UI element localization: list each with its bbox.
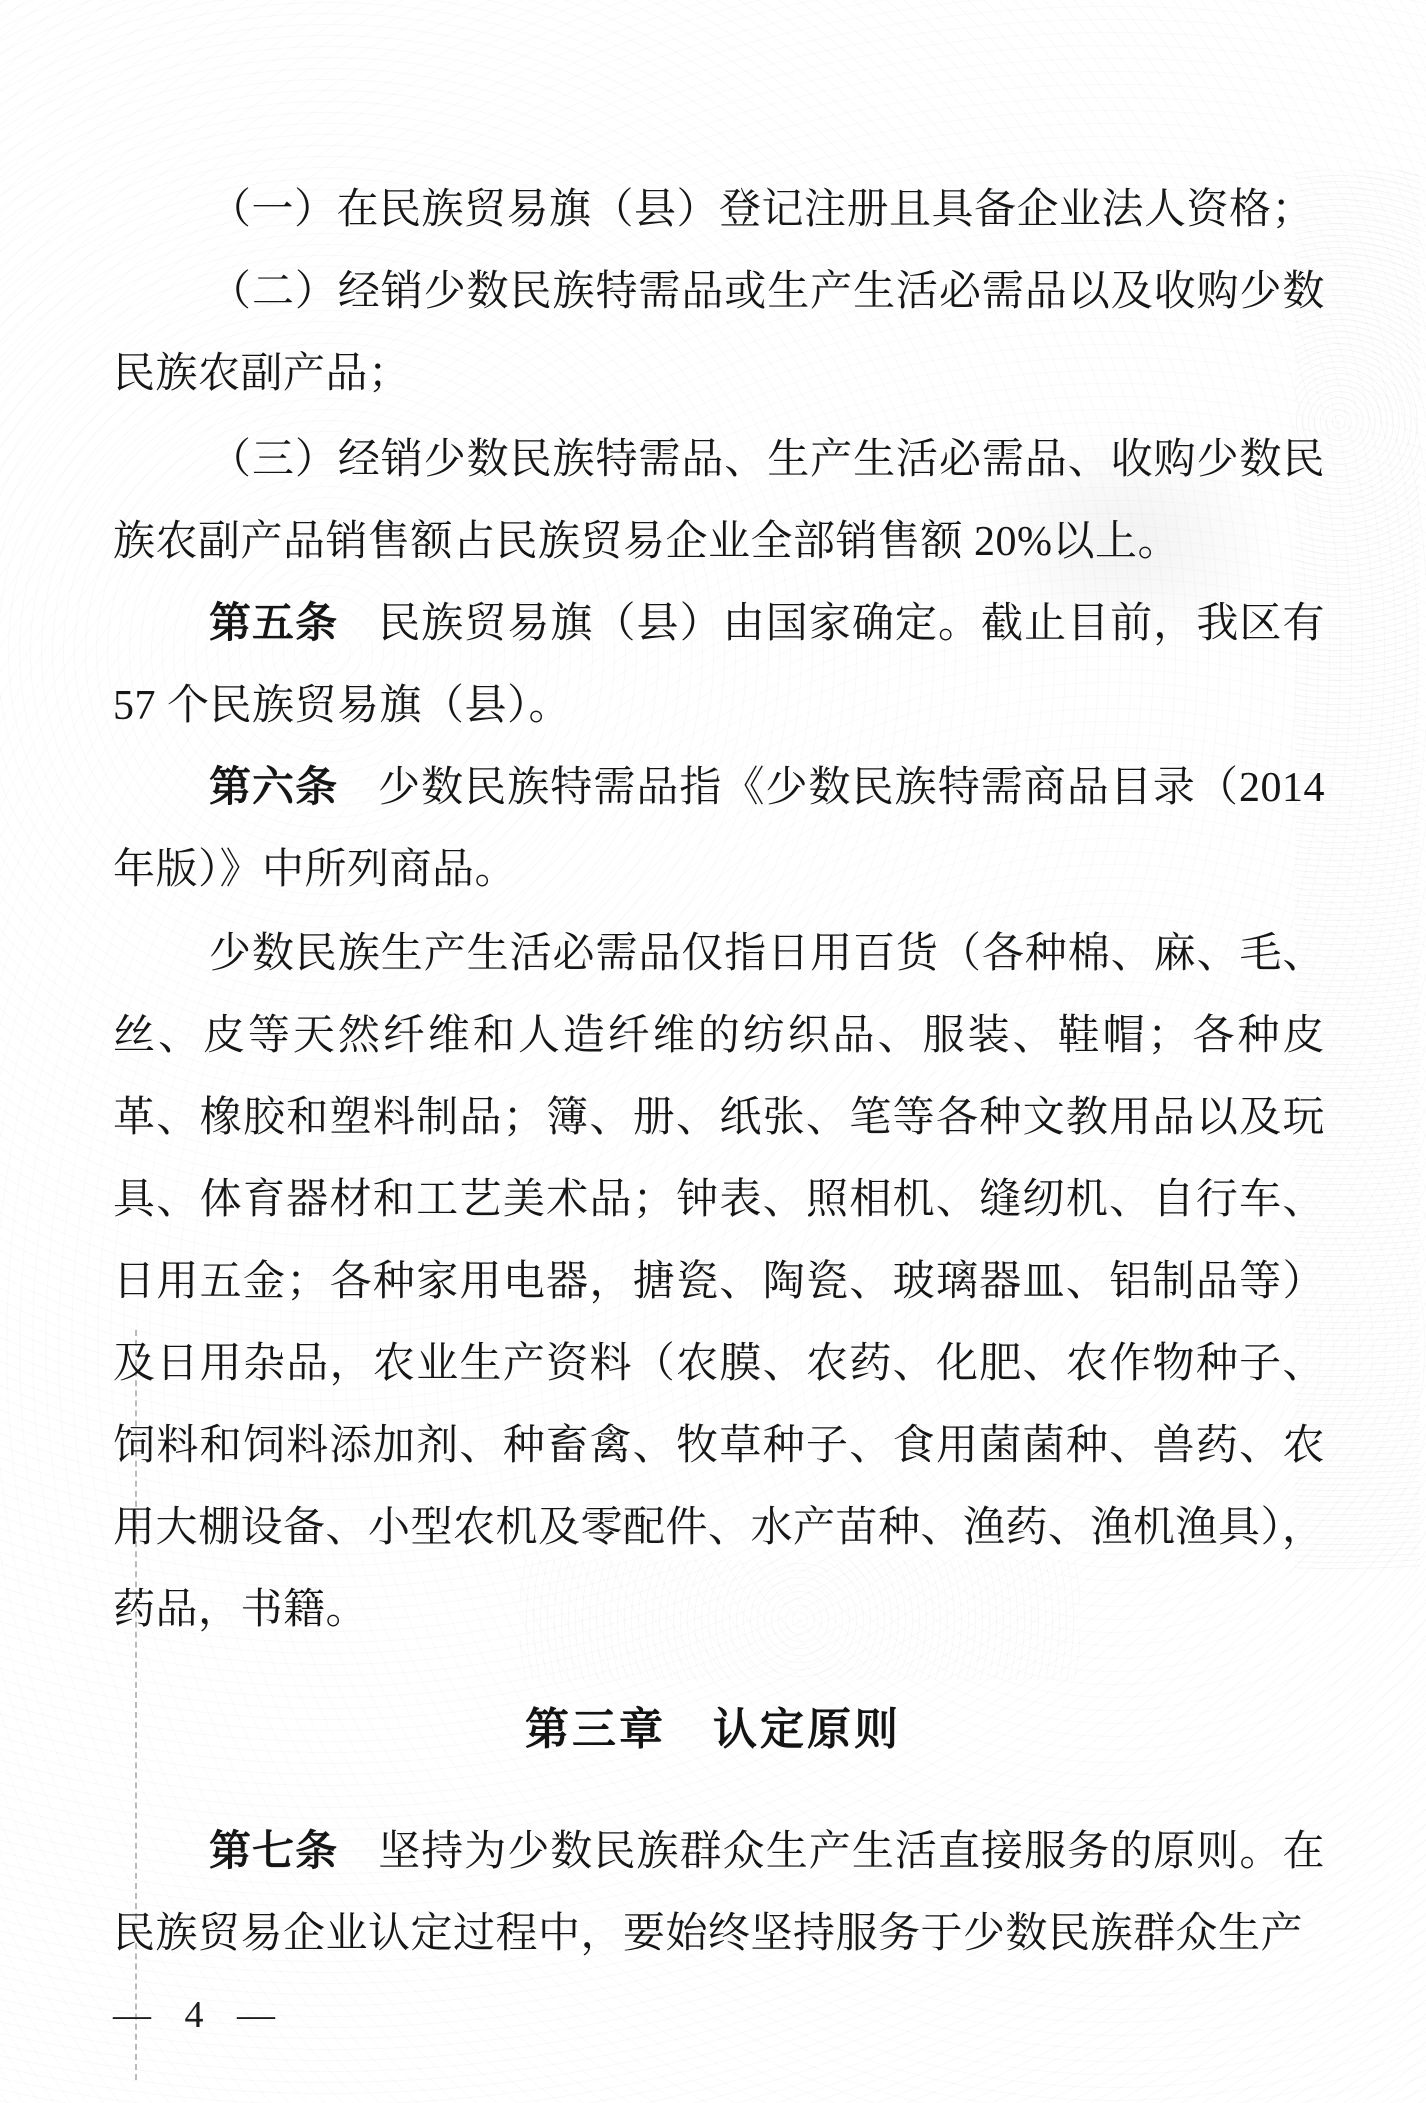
text-line: 及日用杂品，农业生产资料（农膜、农药、化肥、农作物种子、 bbox=[113, 1334, 1325, 1394]
text-line: （一）在民族贸易旗（县）登记注册且具备企业法人资格； bbox=[113, 180, 1325, 240]
chapter-heading: 第三章 认定原则 bbox=[0, 1693, 1426, 1757]
article-text: 坚持为少数民族群众生产生活直接服务的原则。在 bbox=[378, 1829, 1325, 1875]
page-number: — 4 — bbox=[113, 1993, 287, 2037]
text-line: 族农副产品销售额占民族贸易企业全部销售额 20%以上。 bbox=[113, 512, 1325, 572]
article-number: 第六条 bbox=[209, 765, 338, 811]
text-line: （二）经销少数民族特需品或生产生活必需品以及收购少数 bbox=[113, 262, 1325, 322]
scan-artifact-line bbox=[135, 1330, 137, 2080]
text-line: 饲料和饲料添加剂、种畜禽、牧草种子、食用菌菌种、兽药、农 bbox=[113, 1416, 1325, 1476]
article-text: 民族贸易旗（县）由国家确定。截止目前，我区有 bbox=[378, 601, 1325, 647]
text-line: 民族农副产品； bbox=[113, 344, 1325, 404]
text-line: 日用五金；各种家用电器，搪瓷、陶瓷、玻璃器皿、铝制品等） bbox=[113, 1252, 1325, 1312]
text-line: 57 个民族贸易旗（县）。 bbox=[113, 676, 1325, 736]
text-line: 第六条少数民族特需品指《少数民族特需商品目录（2014 bbox=[113, 758, 1325, 818]
text-line: 少数民族生产生活必需品仅指日用百货（各种棉、麻、毛、 bbox=[113, 924, 1325, 984]
text-line: 第七条坚持为少数民族群众生产生活直接服务的原则。在 bbox=[113, 1822, 1325, 1882]
text-line: 民族贸易企业认定过程中，要始终坚持服务于少数民族群众生产 bbox=[113, 1904, 1325, 1964]
text-line: 年版）》中所列商品。 bbox=[113, 840, 1325, 900]
article-text: 少数民族特需品指《少数民族特需商品目录（2014 bbox=[378, 765, 1325, 811]
document-page: （一）在民族贸易旗（县）登记注册且具备企业法人资格； （二）经销少数民族特需品或… bbox=[0, 0, 1426, 2103]
article-number: 第七条 bbox=[209, 1829, 338, 1875]
text-line: 第五条民族贸易旗（县）由国家确定。截止目前，我区有 bbox=[113, 594, 1325, 654]
text-line: 革、橡胶和塑料制品；簿、册、纸张、笔等各种文教用品以及玩 bbox=[113, 1088, 1325, 1148]
text-line: 药品，书籍。 bbox=[113, 1580, 1325, 1640]
text-line: 丝、皮等天然纤维和人造纤维的纺织品、服装、鞋帽；各种皮 bbox=[113, 1006, 1325, 1066]
article-number: 第五条 bbox=[209, 601, 338, 647]
text-line: （三）经销少数民族特需品、生产生活必需品、收购少数民 bbox=[113, 430, 1325, 490]
text-line: 具、体育器材和工艺美术品；钟表、照相机、缝纫机、自行车、 bbox=[113, 1170, 1325, 1230]
text-line: 用大棚设备、小型农机及零配件、水产苗种、渔药、渔机渔具）， bbox=[113, 1498, 1325, 1558]
